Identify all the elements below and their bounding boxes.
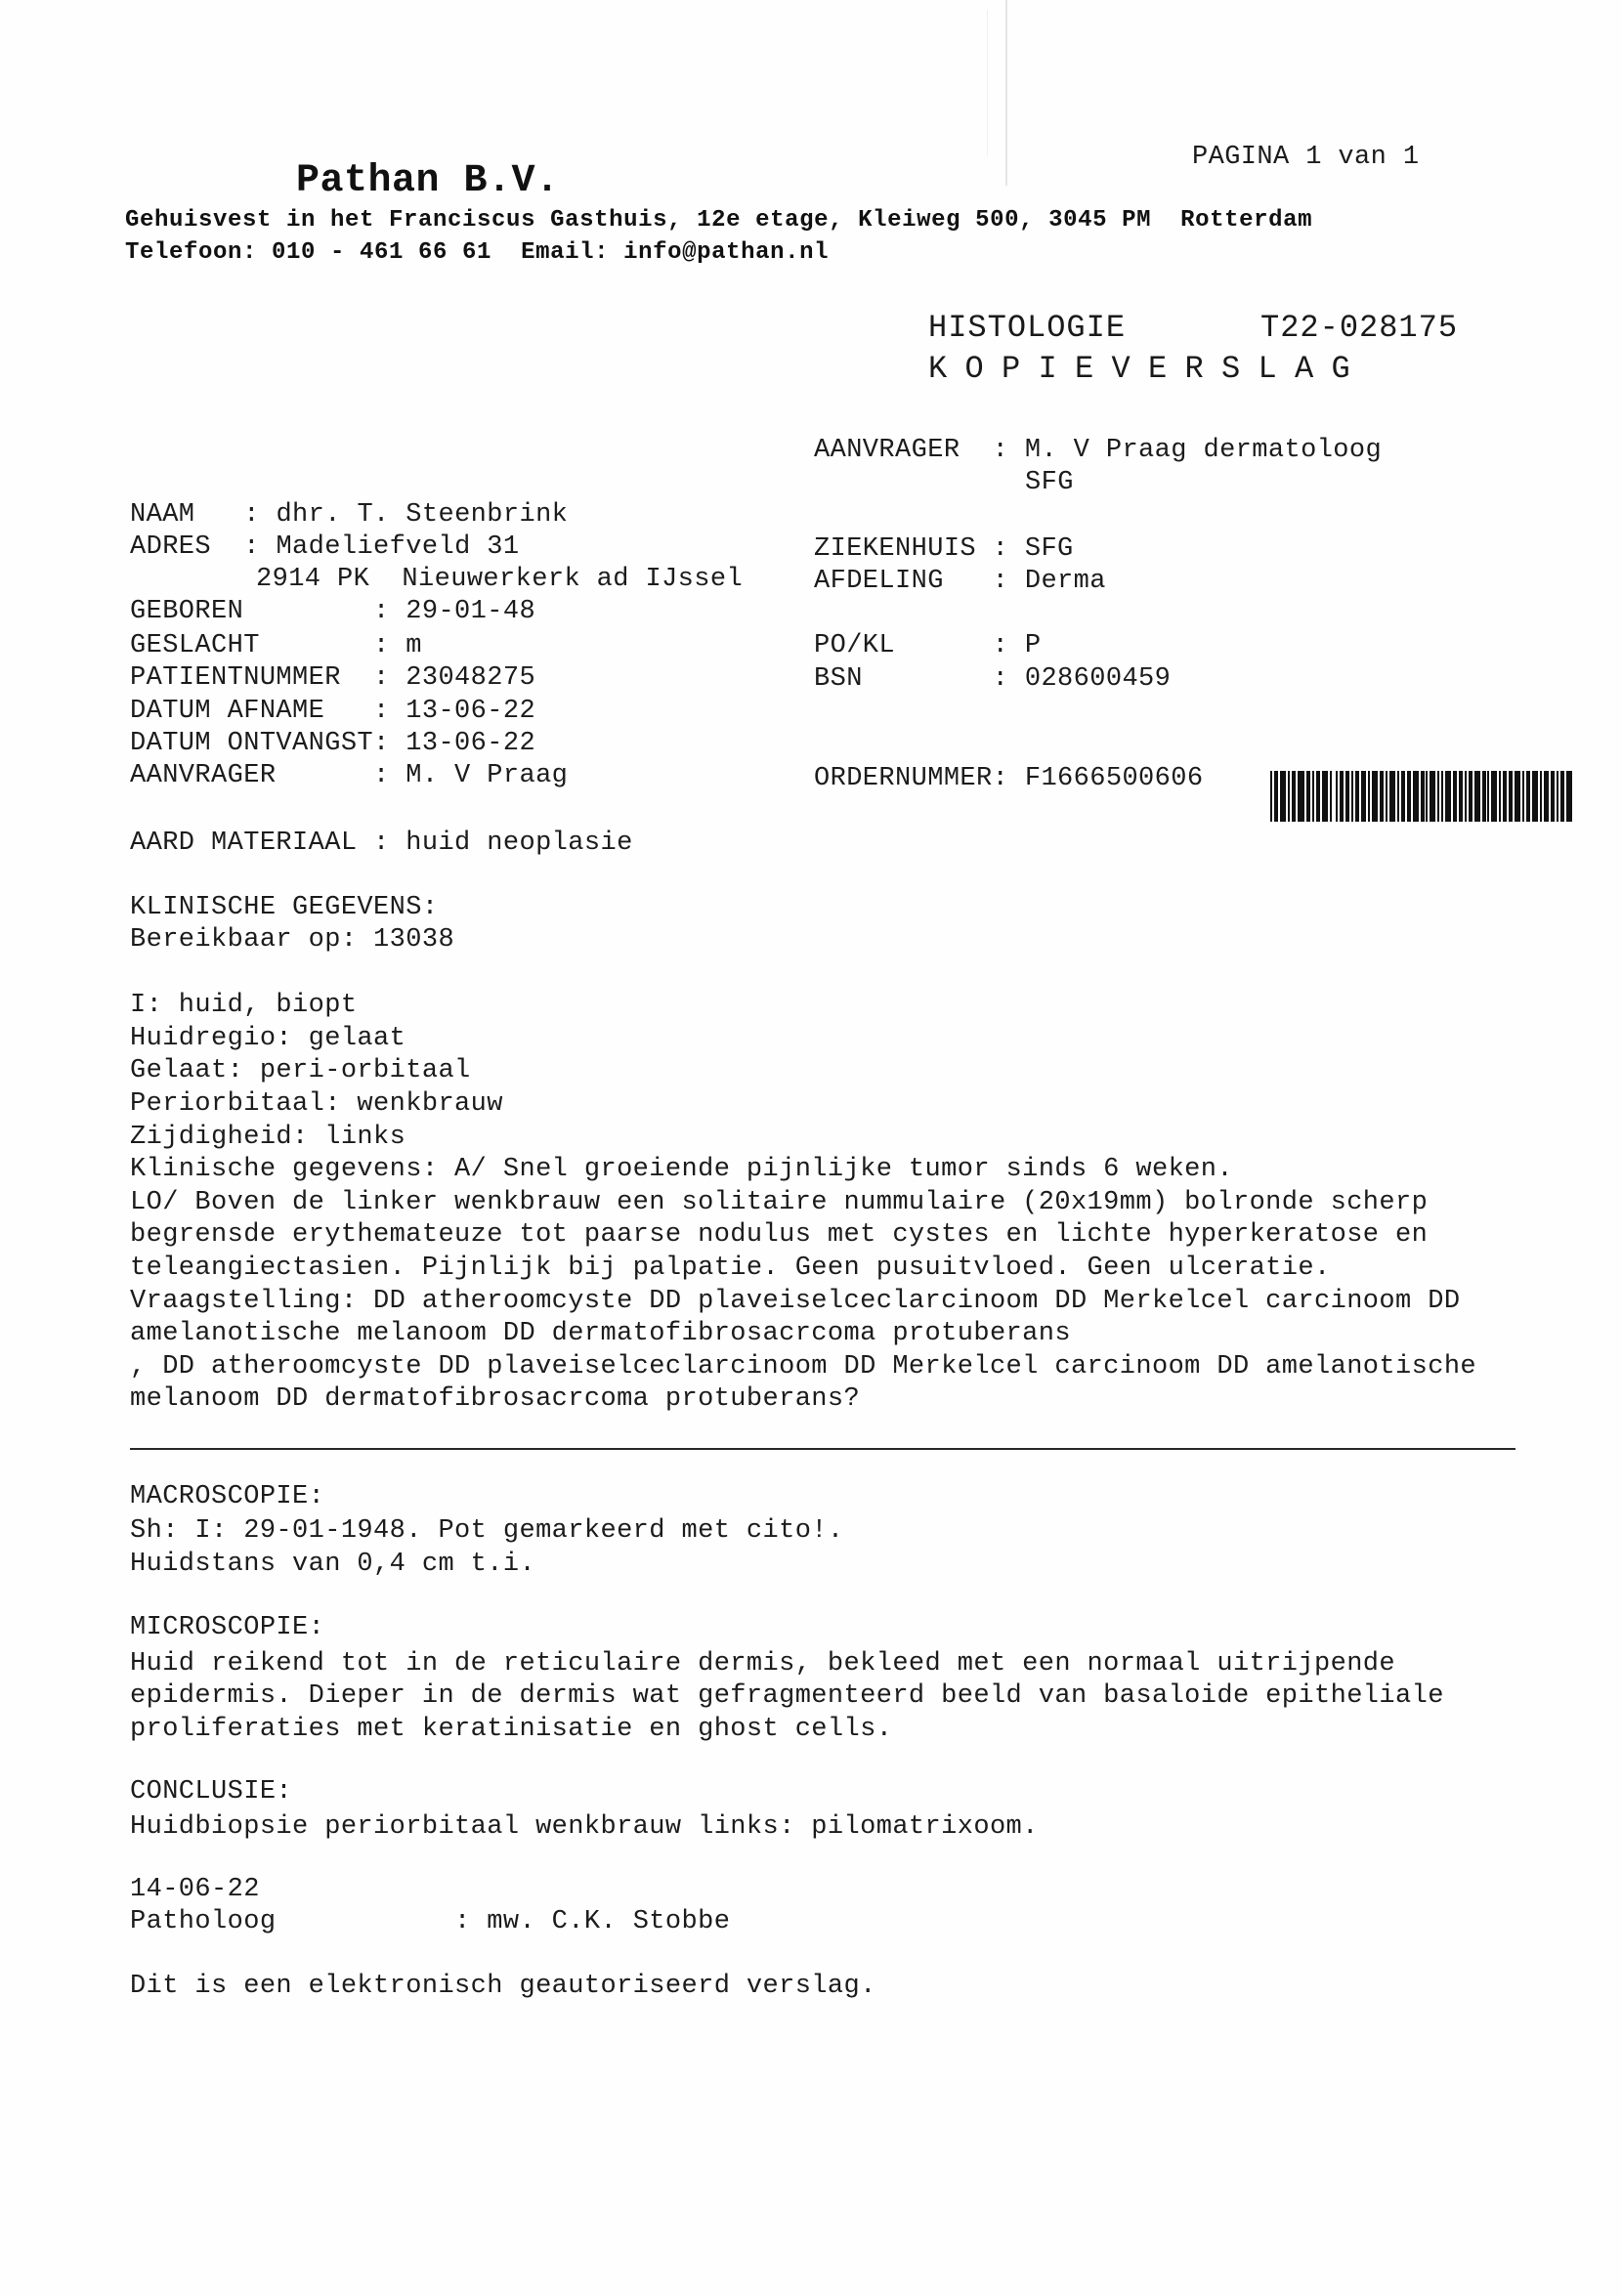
field-label: DATUM AFNAME :	[130, 697, 405, 726]
clinical-line: Bereikbaar op: 13038	[130, 923, 454, 957]
field-value: 028600459	[1025, 664, 1171, 694]
field-value: SFG	[1025, 534, 1074, 564]
scan-artifact	[1005, 0, 1007, 186]
report-page: PAGINA 1 van 1 Pathan B.V. Gehuisvest in…	[0, 0, 1622, 2296]
field-value: 23048275	[405, 663, 535, 693]
patient-number-row: PATIENTNUMMER : 23048275	[130, 661, 535, 695]
report-date: 14-06-22	[130, 1873, 260, 1906]
company-name: Pathan B.V.	[296, 160, 560, 203]
scan-artifact	[987, 10, 988, 156]
field-label: AFDELING :	[814, 567, 1025, 596]
clinical-line: Vraagstelling: DD atheroomcyste DD plave…	[130, 1285, 1460, 1318]
clinical-line: Gelaat: peri-orbitaal	[130, 1054, 471, 1087]
macroscopy-heading: MACROSCOPIE:	[130, 1480, 324, 1513]
field-label: AANVRAGER :	[130, 761, 405, 790]
field-value: 29-01-48	[405, 597, 535, 626]
field-value: dhr. T. Steenbrink	[276, 500, 568, 530]
hospital-row: ZIEKENHUIS : SFG	[814, 532, 1074, 566]
clinical-line: LO/ Boven de linker wenkbrauw een solita…	[130, 1186, 1428, 1219]
barcode-icon	[1270, 771, 1573, 822]
requester-hospital: SFG	[1025, 466, 1074, 499]
microscopy-heading: MICROSCOPIE:	[130, 1611, 324, 1644]
requester-row: AANVRAGER : M. V Praag dermatoloog	[814, 434, 1382, 467]
clinical-line: amelanotische melanoom DD dermatofibrosa…	[130, 1317, 1071, 1350]
patient-sex-row: GESLACHT : m	[130, 629, 422, 662]
clinical-line: Klinische gegevens: A/ Snel groeiende pi…	[130, 1153, 1233, 1186]
microscopy-line: epidermis. Dieper in de dermis wat gefra…	[130, 1679, 1444, 1713]
microscopy-line: Huid reikend tot in de reticulaire dermi…	[130, 1647, 1395, 1680]
clinical-heading: KLINISCHE GEGEVENS:	[130, 891, 438, 924]
field-label: GESLACHT :	[130, 631, 405, 660]
field-value: Madeliefveld 31	[276, 532, 519, 562]
company-address: Gehuisvest in het Franciscus Gasthuis, 1…	[125, 206, 1312, 235]
report-subtitle: KOPIEVERSLAG	[928, 352, 1368, 387]
conclusion-text: Huidbiopsie periorbitaal wenkbrauw links…	[130, 1810, 1039, 1844]
department-row: AFDELING : Derma	[814, 565, 1106, 598]
field-label: GEBOREN :	[130, 597, 405, 626]
clinical-line: Huidregio: gelaat	[130, 1022, 405, 1055]
patient-birthdate-row: GEBOREN : 29-01-48	[130, 595, 535, 628]
field-value: F1666500606	[1025, 764, 1204, 793]
pokl-row: PO/KL : P	[814, 629, 1041, 662]
field-value: 13-06-22	[405, 697, 535, 726]
macroscopy-line: Huidstans van 0,4 cm t.i.	[130, 1548, 535, 1581]
requester-short-row: AANVRAGER : M. V Praag	[130, 759, 568, 792]
field-value: M. V Praag dermatoloog	[1025, 436, 1382, 465]
clinical-line: Periorbitaal: wenkbrauw	[130, 1087, 503, 1121]
field-label: PO/KL :	[814, 631, 1025, 660]
field-label: ORDERNUMMER:	[814, 764, 1025, 793]
field-label: BSN :	[814, 664, 1025, 694]
macroscopy-line: Sh: I: 29-01-1948. Pot gemarkeerd met ci…	[130, 1514, 844, 1548]
microscopy-line: proliferaties met keratinisatie en ghost…	[130, 1713, 892, 1746]
material-row: AARD MATERIAAL : huid neoplasie	[130, 827, 633, 860]
field-value: mw. C.K. Stobbe	[487, 1907, 730, 1936]
clinical-line: I: huid, biopt	[130, 989, 357, 1022]
patient-address-row: ADRES : Madeliefveld 31	[130, 531, 519, 564]
bsn-row: BSN : 028600459	[814, 662, 1171, 696]
authorization-note: Dit is een elektronisch geautoriseerd ve…	[130, 1970, 876, 2003]
field-value: P	[1025, 631, 1042, 660]
field-value: Derma	[1025, 567, 1106, 596]
date-received-row: DATUM ONTVANGST: 13-06-22	[130, 727, 535, 760]
ordernumber-row: ORDERNUMMER: F1666500606	[814, 762, 1203, 795]
clinical-line: begrensde erythemateuze tot paarse nodul…	[130, 1218, 1428, 1252]
field-label: Patholoog :	[130, 1907, 487, 1936]
field-value: 13-06-22	[405, 729, 535, 758]
section-divider	[130, 1448, 1515, 1450]
pathologist-row: Patholoog : mw. C.K. Stobbe	[130, 1905, 730, 1938]
clinical-line: teleangiectasien. Pijnlijk bij palpatie.…	[130, 1252, 1331, 1285]
field-label: AARD MATERIAAL :	[130, 829, 405, 858]
field-value: M. V Praag	[405, 761, 568, 790]
field-value: m	[405, 631, 422, 660]
patient-address-line2: 2914 PK Nieuwerkerk ad IJssel	[256, 563, 743, 596]
company-contact: Telefoon: 010 - 461 66 61 Email: info@pa…	[125, 238, 829, 268]
report-type: HISTOLOGIE	[928, 311, 1126, 346]
conclusion-heading: CONCLUSIE:	[130, 1775, 292, 1808]
report-number: T22-028175	[1260, 311, 1458, 346]
clinical-line: melanoom DD dermatofibrosacrcoma protube…	[130, 1382, 860, 1416]
patient-name-row: NAAM : dhr. T. Steenbrink	[130, 498, 568, 531]
page-indicator: PAGINA 1 van 1	[1192, 141, 1419, 174]
clinical-line: , DD atheroomcyste DD plaveiselceclarcin…	[130, 1350, 1476, 1383]
field-value: huid neoplasie	[405, 829, 632, 858]
clinical-line: Zijdigheid: links	[130, 1121, 405, 1154]
field-label: PATIENTNUMMER :	[130, 663, 405, 693]
field-label: ADRES :	[130, 532, 276, 562]
field-label: DATUM ONTVANGST:	[130, 729, 405, 758]
field-label: AANVRAGER :	[814, 436, 1025, 465]
field-label: NAAM :	[130, 500, 276, 530]
field-label: ZIEKENHUIS :	[814, 534, 1025, 564]
date-collected-row: DATUM AFNAME : 13-06-22	[130, 695, 535, 728]
